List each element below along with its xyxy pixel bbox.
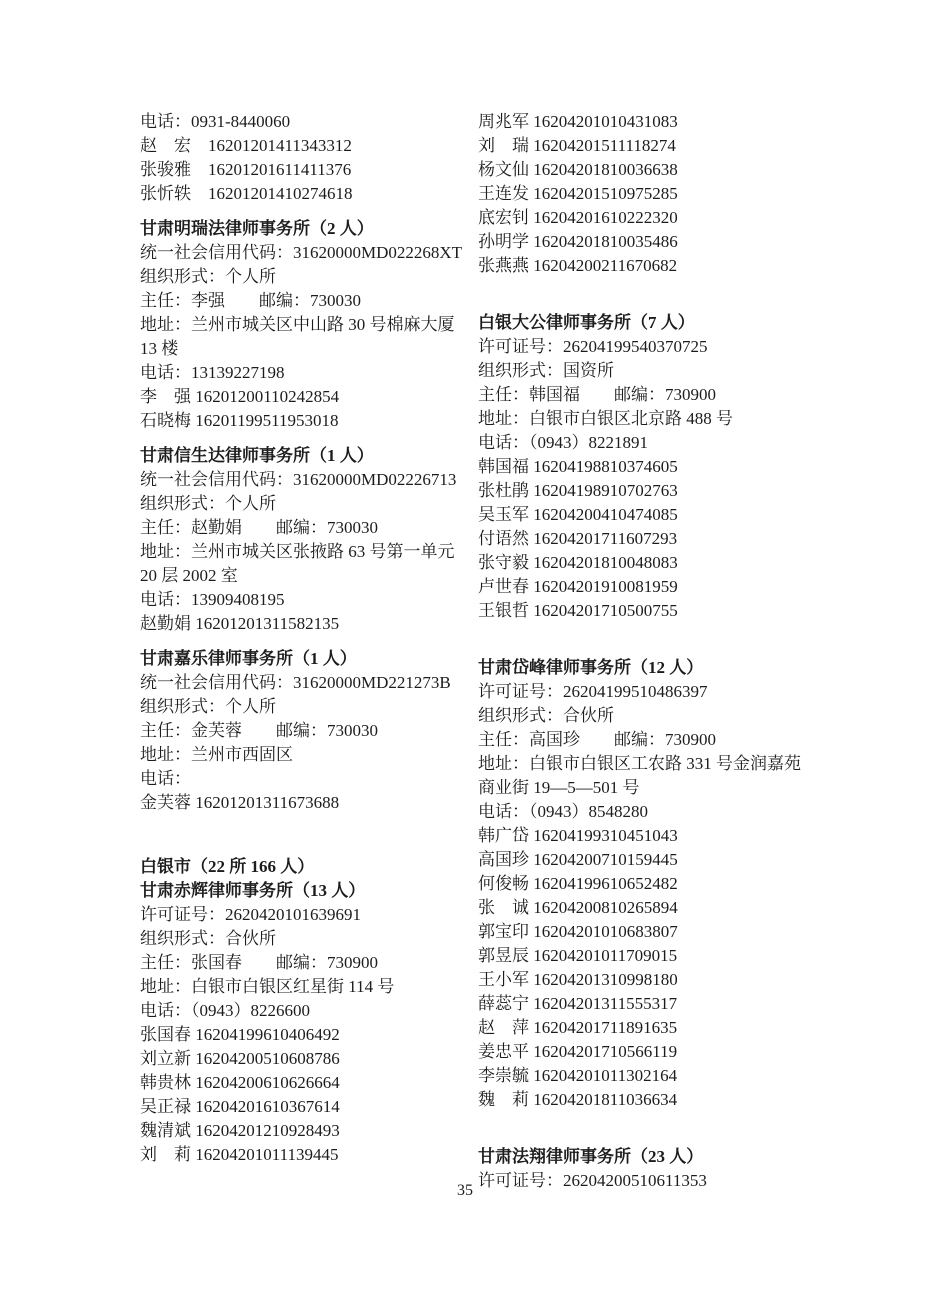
text-line: 主任：高国珍 邮编：730900	[478, 728, 802, 752]
text-line: 刘立新 16204200510608786	[140, 1047, 462, 1071]
text-block: 白银市（22 所 166 人）甘肃赤辉律师事务所（13 人）许可证号：26204…	[140, 855, 462, 1167]
text-line: 刘 瑞 16204201511118274	[478, 134, 802, 158]
text-line: 主任：金芙蓉 邮编：730030	[140, 719, 462, 743]
text-line: 20 层 2002 室	[140, 564, 462, 588]
text-line: 李崇毓 16204201011302164	[478, 1064, 802, 1088]
text-line: 吴正禄 16204201610367614	[140, 1095, 462, 1119]
text-line: 统一社会信用代码：31620000MD02226713	[140, 468, 462, 492]
text-line: 主任：韩国福 邮编：730900	[478, 383, 802, 407]
text-line: 赵勤娟 16201201311582135	[140, 612, 462, 636]
text-line: 电话：0931-8440060	[140, 110, 462, 134]
text-line: 李 强 16201200110242854	[140, 385, 462, 409]
text-line: 孙明学 16204201810035486	[478, 230, 802, 254]
section-heading: 甘肃法翔律师事务所（23 人）	[478, 1145, 802, 1169]
text-line: 韩贵林 16204200610626664	[140, 1071, 462, 1095]
text-line: 统一社会信用代码：31620000MD022268XT	[140, 241, 462, 265]
text-line: 魏清斌 16204201210928493	[140, 1119, 462, 1143]
text-line: 主任：赵勤娟 邮编：730030	[140, 516, 462, 540]
text-line: 许可证号：26204199510486397	[478, 680, 802, 704]
text-line: 赵 宏 16201201411343312	[140, 134, 462, 158]
text-line: 刘 莉 16204201011139445	[140, 1143, 462, 1167]
text-line: 王小军 16204201310998180	[478, 968, 802, 992]
text-line: 卢世春 16204201910081959	[478, 575, 802, 599]
text-block: 周兆军 16204201010431083刘 瑞 162042015111182…	[478, 110, 802, 278]
text-line: 吴玉军 16204200410474085	[478, 503, 802, 527]
text-line: 电话：	[140, 767, 462, 791]
text-block: 白银大公律师事务所（7 人）许可证号：26204199540370725组织形式…	[478, 311, 802, 623]
text-line: 周兆军 16204201010431083	[478, 110, 802, 134]
text-line: 商业街 19—5—501 号	[478, 776, 802, 800]
text-line: 地址：兰州市城关区张掖路 63 号第一单元	[140, 540, 462, 564]
text-line: 主任：张国春 邮编：730900	[140, 951, 462, 975]
text-line: 组织形式：合伙所	[478, 704, 802, 728]
text-column-right: 周兆军 16204201010431083刘 瑞 162042015111182…	[478, 110, 802, 1193]
text-line: 金芙蓉 16201201311673688	[140, 791, 462, 815]
text-block: 甘肃信生达律师事务所（1 人）统一社会信用代码：31620000MD022267…	[140, 444, 462, 636]
text-line: 电话：（0943）8226600	[140, 999, 462, 1023]
text-block: 甘肃岱峰律师事务所（12 人）许可证号：26204199510486397组织形…	[478, 656, 802, 1112]
text-line: 张守毅 16204201810048083	[478, 551, 802, 575]
text-line: 电话：13139227198	[140, 361, 462, 385]
section-heading: 甘肃信生达律师事务所（1 人）	[140, 444, 462, 468]
text-line: 底宏钊 16204201610222320	[478, 206, 802, 230]
text-line: 地址：兰州市西固区	[140, 743, 462, 767]
text-line: 薛蕊宁 16204201311555317	[478, 992, 802, 1016]
text-line: 韩广岱 16204199310451043	[478, 824, 802, 848]
text-line: 张燕燕 16204200211670682	[478, 254, 802, 278]
text-line: 地址：白银市白银区红星街 114 号	[140, 975, 462, 999]
text-line: 电话：（0943）8221891	[478, 431, 802, 455]
text-line: 地址：兰州市城关区中山路 30 号棉麻大厦	[140, 313, 462, 337]
section-heading: 甘肃岱峰律师事务所（12 人）	[478, 656, 802, 680]
text-line: 13 楼	[140, 337, 462, 361]
text-line: 姜忠平 16204201710566119	[478, 1040, 802, 1064]
section-heading: 白银大公律师事务所（7 人）	[478, 311, 802, 335]
text-line: 高国珍 16204200710159445	[478, 848, 802, 872]
page-number: 35	[0, 1179, 930, 1203]
text-line: 组织形式：合伙所	[140, 927, 462, 951]
document-page: 电话：0931-8440060赵 宏 16201201411343312张骏雅 …	[0, 0, 930, 1315]
text-line: 郭昱辰 16204201011709015	[478, 944, 802, 968]
text-line: 主任：李强 邮编：730030	[140, 289, 462, 313]
section-heading: 甘肃嘉乐律师事务所（1 人）	[140, 647, 462, 671]
text-line: 张骏雅 16201201611411376	[140, 158, 462, 182]
text-line: 张国春 16204199610406492	[140, 1023, 462, 1047]
text-line: 郭宝印 16204201010683807	[478, 920, 802, 944]
text-line: 王银哲 16204201710500755	[478, 599, 802, 623]
text-line: 魏 莉 16204201811036634	[478, 1088, 802, 1112]
text-line: 组织形式：个人所	[140, 695, 462, 719]
text-line: 付语然 16204201711607293	[478, 527, 802, 551]
section-heading: 白银市（22 所 166 人）	[140, 855, 462, 879]
text-line: 地址：白银市白银区北京路 488 号	[478, 407, 802, 431]
text-line: 石晓梅 16201199511953018	[140, 409, 462, 433]
text-line: 统一社会信用代码：31620000MD221273B	[140, 671, 462, 695]
text-line: 王连发 16204201510975285	[478, 182, 802, 206]
section-heading: 甘肃明瑞法律师事务所（2 人）	[140, 217, 462, 241]
text-block: 甘肃嘉乐律师事务所（1 人）统一社会信用代码：31620000MD221273B…	[140, 647, 462, 815]
text-line: 杨文仙 16204201810036638	[478, 158, 802, 182]
text-line: 许可证号：2620420101639691	[140, 903, 462, 927]
text-line: 赵 萍 16204201711891635	[478, 1016, 802, 1040]
text-line: 许可证号：26204199540370725	[478, 335, 802, 359]
text-block: 电话：0931-8440060赵 宏 16201201411343312张骏雅 …	[140, 110, 462, 206]
text-line: 组织形式：个人所	[140, 492, 462, 516]
text-line: 韩国福 16204198810374605	[478, 455, 802, 479]
text-line: 张杜鹃 16204198910702763	[478, 479, 802, 503]
text-column-left: 电话：0931-8440060赵 宏 16201201411343312张骏雅 …	[140, 110, 462, 1167]
text-line: 何俊畅 16204199610652482	[478, 872, 802, 896]
text-line: 组织形式：国资所	[478, 359, 802, 383]
text-line: 地址：白银市白银区工农路 331 号金润嘉苑	[478, 752, 802, 776]
text-line: 电话：（0943）8548280	[478, 800, 802, 824]
text-line: 张忻轶 16201201410274618	[140, 182, 462, 206]
text-line: 电话：13909408195	[140, 588, 462, 612]
text-block: 甘肃明瑞法律师事务所（2 人）统一社会信用代码：31620000MD022268…	[140, 217, 462, 433]
section-heading: 甘肃赤辉律师事务所（13 人）	[140, 879, 462, 903]
text-line: 组织形式：个人所	[140, 265, 462, 289]
text-line: 张 诚 16204200810265894	[478, 896, 802, 920]
